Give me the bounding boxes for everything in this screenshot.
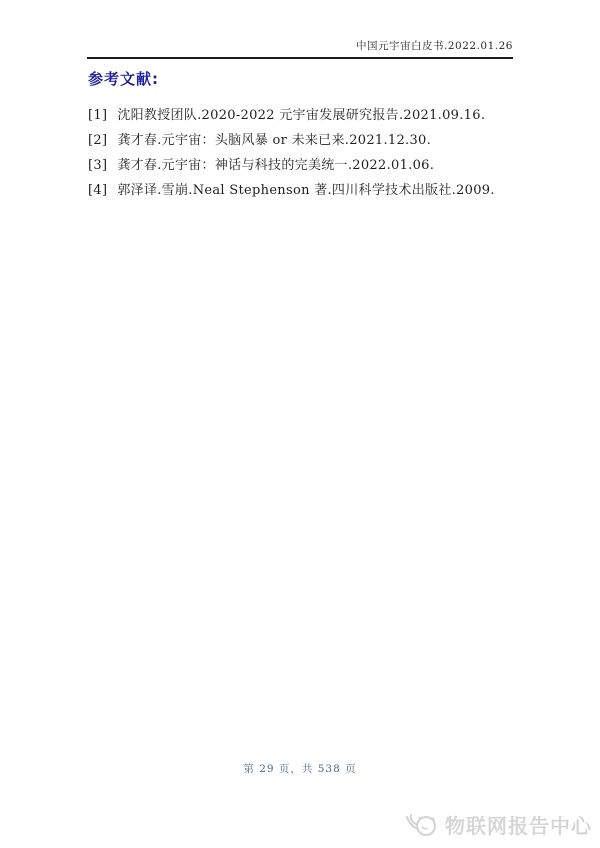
reference-item: [4] 郭泽译.雪崩.Neal Stephenson 著.四川科学技术出版社.2… xyxy=(88,179,540,204)
cat-logo-icon xyxy=(404,811,440,839)
watermark: 物联网报告中心 xyxy=(404,810,592,839)
header-title: 中国元宇宙白皮书.2022.01.26 xyxy=(356,40,513,52)
page-number: 第 29 页，共 538 页 xyxy=(243,763,356,775)
section-heading: 参考文献: xyxy=(88,68,159,89)
reference-item: [1] 沈阳教授团队.2020-2022 元宇宙发展研究报告.2021.09.1… xyxy=(88,104,540,129)
reference-item: [3] 龚才春.元宇宙：神话与科技的完美统一.2022.01.06. xyxy=(88,154,540,179)
reference-item: [2] 龚才春.元宇宙：头脑风暴 or 未来已来.2021.12.30. xyxy=(88,129,540,154)
reference-text: 龚才春.元宇宙：头脑风暴 or 未来已来.2021.12.30. xyxy=(117,129,431,148)
reference-number: [1] xyxy=(88,108,107,123)
reference-text: 龚才春.元宇宙：神话与科技的完美统一.2022.01.06. xyxy=(117,154,434,173)
reference-number: [2] xyxy=(88,133,107,148)
document-page: 中国元宇宙白皮书.2022.01.26 参考文献: [1] 沈阳教授团队.202… xyxy=(0,0,600,848)
page-footer: 第 29 页，共 538 页 xyxy=(0,761,600,776)
watermark-text: 物联网报告中心 xyxy=(445,810,592,839)
reference-text: 郭泽译.雪崩.Neal Stephenson 著.四川科学技术出版社.2009. xyxy=(117,179,494,198)
reference-text: 沈阳教授团队.2020-2022 元宇宙发展研究报告.2021.09.16. xyxy=(117,104,485,123)
reference-number: [3] xyxy=(88,158,107,173)
page-header: 中国元宇宙白皮书.2022.01.26 xyxy=(88,38,513,53)
header-divider xyxy=(87,57,513,59)
reference-number: [4] xyxy=(88,183,107,198)
references-list: [1] 沈阳教授团队.2020-2022 元宇宙发展研究报告.2021.09.1… xyxy=(88,104,540,204)
